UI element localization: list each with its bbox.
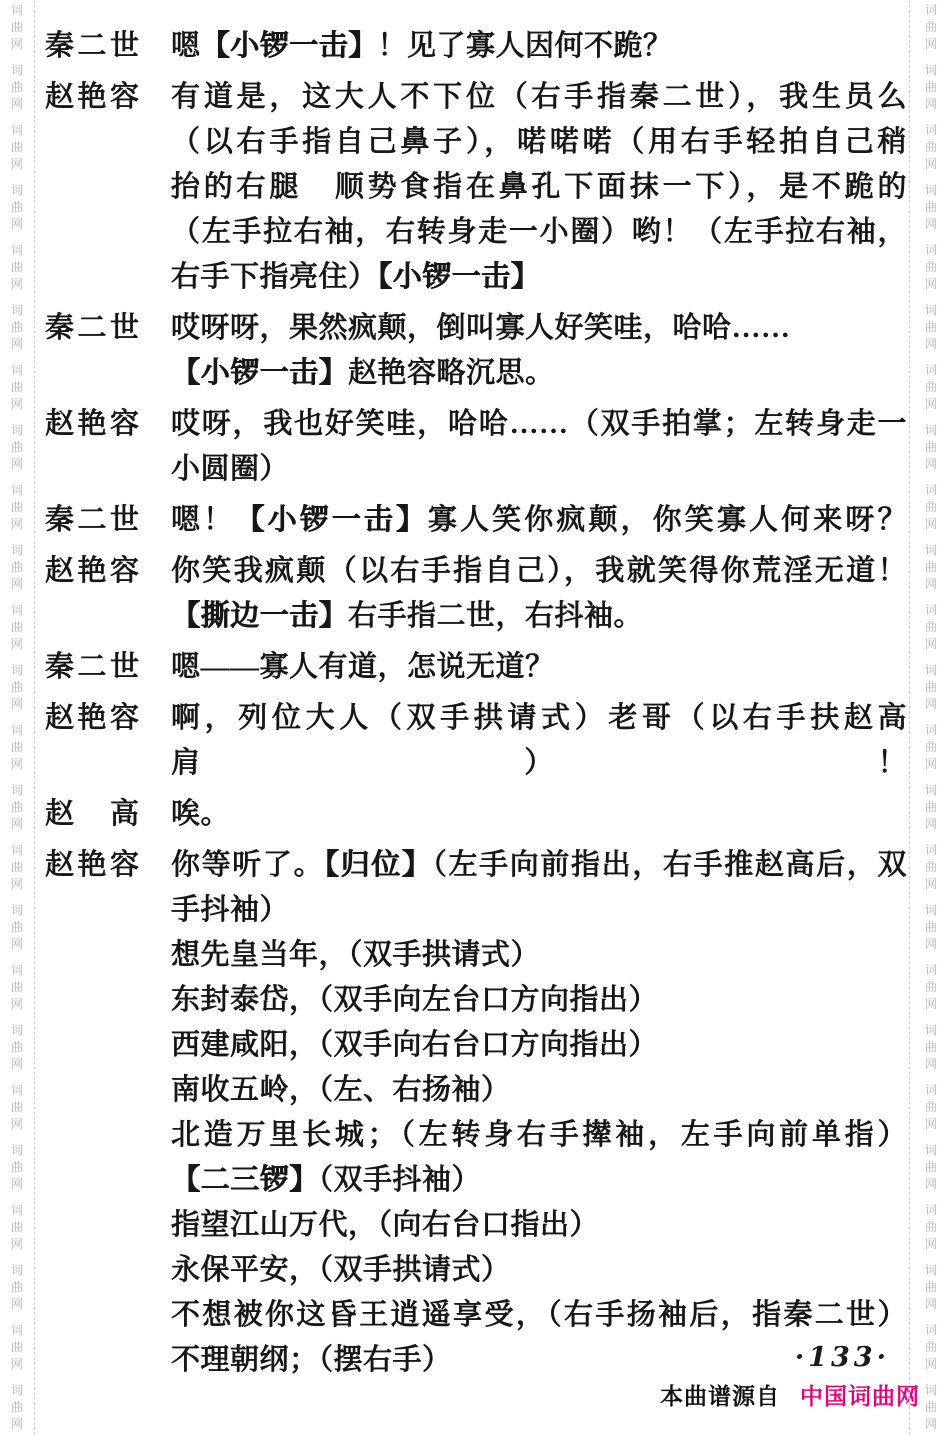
speaker-name bbox=[45, 255, 171, 300]
speaker-name bbox=[45, 1113, 171, 1158]
watermark-char: 词 bbox=[11, 1142, 23, 1159]
speaker-name: 赵艳容 bbox=[45, 696, 171, 786]
watermark-char: 词 bbox=[925, 782, 937, 799]
speaker-name-text: 秦二世 bbox=[45, 645, 139, 690]
watermark-char: 网 bbox=[11, 1056, 23, 1073]
speaker-name: 赵高 bbox=[45, 792, 171, 837]
watermark-char: 词 bbox=[925, 902, 937, 919]
watermark-char: 网 bbox=[11, 156, 23, 173]
dialogue-text: （左手向前指出，右手推赵高后，双 bbox=[432, 849, 907, 881]
watermark-group: 词曲网 bbox=[11, 1082, 23, 1133]
dialogue-text: 有道是，这大人不下位（右手指秦二世），我生员么 bbox=[171, 81, 907, 113]
watermark-char: 网 bbox=[925, 516, 937, 533]
speaker-name-text: 赵艳容 bbox=[45, 75, 139, 120]
dialogue-text: （双手抖袖） bbox=[319, 1164, 482, 1196]
dialogue-text: 手抖袖） bbox=[171, 894, 289, 926]
dialogue-line: 【小锣一击】赵艳容略沉思。 bbox=[171, 351, 907, 396]
speaker-name: 秦二世 bbox=[45, 498, 171, 543]
watermark-char: 词 bbox=[11, 602, 23, 619]
speaker-name bbox=[45, 1023, 171, 1068]
watermark-char: 曲 bbox=[11, 739, 23, 756]
watermark-char: 曲 bbox=[925, 739, 937, 756]
watermark-char: 曲 bbox=[11, 679, 23, 696]
watermark-group: 词曲网 bbox=[925, 962, 937, 1013]
watermark-char: 曲 bbox=[11, 439, 23, 456]
watermark-group: 词曲网 bbox=[925, 1322, 937, 1373]
dialogue-text: 西建咸阳，（双手向右台口方向指出） bbox=[171, 1029, 658, 1061]
watermark-group: 词曲网 bbox=[11, 2, 23, 53]
dialogue-line: 嗯——寡人有道，怎说无道？ bbox=[171, 645, 907, 690]
watermark-group: 词曲网 bbox=[925, 62, 937, 113]
watermark-char: 词 bbox=[925, 182, 937, 199]
watermark-group: 词曲网 bbox=[11, 1202, 23, 1253]
watermark-group: 词曲网 bbox=[11, 1142, 23, 1193]
watermark-group: 词曲网 bbox=[11, 722, 23, 773]
script-line: 赵高唉。 bbox=[45, 792, 907, 837]
watermark-char: 词 bbox=[11, 1262, 23, 1279]
watermark-char: 词 bbox=[925, 1082, 937, 1099]
script-line: 赵艳容啊，列位大人（双手拱请式）老哥（以右手扶赵高肩）！ bbox=[45, 696, 907, 786]
dialogue-text: 你笑我疯颠（以右手指自己），我就笑得你荒淫无道！ bbox=[171, 555, 907, 587]
watermark-char: 网 bbox=[11, 1176, 23, 1193]
dialogue-text: 想先皇当年，（双手拱请式） bbox=[171, 939, 540, 971]
speaker-name-text: 赵艳容 bbox=[45, 402, 139, 447]
watermark-group: 词曲网 bbox=[925, 782, 937, 833]
dialogue-line: 【二三锣】（双手抖袖） bbox=[171, 1158, 907, 1203]
speaker-name bbox=[45, 1338, 171, 1383]
watermark-char: 曲 bbox=[11, 199, 23, 216]
script-text-block: 秦二世嗯【小锣一击】！见了寡人因何不跪？赵艳容有道是，这大人不下位（右手指秦二世… bbox=[45, 18, 907, 1383]
dialogue-text: 哎呀呀，果然疯颠，倒叫寡人好笑哇，哈哈…… bbox=[171, 312, 791, 344]
speaker-name-text: 赵艳容 bbox=[45, 843, 139, 888]
watermark-char: 网 bbox=[11, 96, 23, 113]
watermark-char: 网 bbox=[925, 456, 937, 473]
watermark-char: 词 bbox=[925, 362, 937, 379]
speaker-name bbox=[45, 210, 171, 255]
watermark-char: 网 bbox=[925, 696, 937, 713]
watermark-char: 曲 bbox=[925, 79, 937, 96]
watermark-group: 词曲网 bbox=[11, 782, 23, 833]
watermark-char: 网 bbox=[925, 1236, 937, 1253]
watermark-char: 网 bbox=[925, 876, 937, 893]
watermark-char: 网 bbox=[925, 936, 937, 953]
script-line: （以右手指自己鼻子），喏喏喏（用右手轻拍自己稍 bbox=[45, 120, 907, 165]
dialogue-line: 指望江山万代，（向右台口指出） bbox=[171, 1203, 907, 1248]
dialogue-text: 嗯 bbox=[171, 30, 201, 62]
watermark-char: 网 bbox=[11, 996, 23, 1013]
watermark-group: 词曲网 bbox=[925, 2, 937, 53]
watermark-char: 曲 bbox=[11, 1399, 23, 1416]
watermark-char: 网 bbox=[11, 1356, 23, 1373]
watermark-char: 网 bbox=[11, 756, 23, 773]
watermark-char: 网 bbox=[925, 1176, 937, 1193]
watermark-group: 词曲网 bbox=[925, 482, 937, 533]
watermark-group: 词曲网 bbox=[925, 1082, 937, 1133]
watermark-group: 词曲网 bbox=[11, 1262, 23, 1313]
watermark-char: 曲 bbox=[925, 499, 937, 516]
watermark-char: 网 bbox=[925, 636, 937, 653]
script-line: 东封泰岱，（双手向左台口方向指出） bbox=[45, 978, 907, 1023]
dialogue-line: 西建咸阳，（双手向右台口方向指出） bbox=[171, 1023, 907, 1068]
speaker-name bbox=[45, 978, 171, 1023]
watermark-char: 词 bbox=[11, 1202, 23, 1219]
watermark-char: 曲 bbox=[925, 19, 937, 36]
watermark-char: 网 bbox=[11, 636, 23, 653]
watermark-char: 网 bbox=[925, 96, 937, 113]
script-line: 小圆圈） bbox=[45, 447, 907, 492]
dialogue-line: 永保平安，（双手拱请式） bbox=[171, 1248, 907, 1293]
watermark-char: 曲 bbox=[11, 259, 23, 276]
speaker-name bbox=[45, 1068, 171, 1113]
left-dashed-divider bbox=[34, 0, 35, 1435]
watermark-char: 网 bbox=[11, 336, 23, 353]
watermark-group: 词曲网 bbox=[925, 722, 937, 773]
dialogue-text: 不想被你这昏王逍遥享受，（右手扬袖后，指秦二世） bbox=[171, 1299, 907, 1331]
watermark-group: 词曲网 bbox=[925, 1022, 937, 1073]
speaker-name bbox=[45, 1248, 171, 1293]
watermark-char: 曲 bbox=[11, 379, 23, 396]
watermark-char: 曲 bbox=[11, 979, 23, 996]
watermark-group: 词曲网 bbox=[925, 182, 937, 233]
watermark-char: 词 bbox=[925, 482, 937, 499]
watermark-char: 曲 bbox=[925, 439, 937, 456]
watermark-char: 词 bbox=[925, 1262, 937, 1279]
script-line: 手抖袖） bbox=[45, 888, 907, 933]
dialogue-line: 嗯【小锣一击】！见了寡人因何不跪？ bbox=[171, 24, 907, 69]
dialogue-line: 嗯！【小锣一击】寡人笑你疯颠，你笑寡人何来呀？ bbox=[171, 498, 907, 543]
watermark-group: 词曲网 bbox=[925, 662, 937, 713]
watermark-char: 曲 bbox=[925, 1219, 937, 1236]
dialogue-line: 有道是，这大人不下位（右手指秦二世），我生员么 bbox=[171, 75, 907, 120]
watermark-group: 词曲网 bbox=[925, 602, 937, 653]
watermark-char: 网 bbox=[925, 336, 937, 353]
watermark-char: 词 bbox=[11, 62, 23, 79]
watermark-char: 曲 bbox=[925, 1159, 937, 1176]
watermark-char: 词 bbox=[11, 842, 23, 859]
watermark-char: 网 bbox=[11, 516, 23, 533]
dialogue-text: 东封泰岱，（双手向左台口方向指出） bbox=[171, 984, 658, 1016]
script-line: 永保平安，（双手拱请式） bbox=[45, 1248, 907, 1293]
watermark-char: 网 bbox=[11, 456, 23, 473]
watermark-char: 词 bbox=[925, 242, 937, 259]
watermark-char: 曲 bbox=[925, 1399, 937, 1416]
watermark-char: 网 bbox=[11, 816, 23, 833]
watermark-group: 词曲网 bbox=[11, 482, 23, 533]
watermark-char: 词 bbox=[925, 422, 937, 439]
watermark-char: 曲 bbox=[925, 139, 937, 156]
watermark-char: 曲 bbox=[925, 199, 937, 216]
watermark-group: 词曲网 bbox=[925, 1142, 937, 1193]
dialogue-line: 哎呀呀，果然疯颠，倒叫寡人好笑哇，哈哈…… bbox=[171, 306, 907, 351]
dialogue-text: 嗯——寡人有道，怎说无道？ bbox=[171, 651, 555, 683]
watermark-char: 网 bbox=[925, 276, 937, 293]
speaker-name-text: 秦二世 bbox=[45, 24, 139, 69]
dialogue-line: 想先皇当年，（双手拱请式） bbox=[171, 933, 907, 978]
dialogue-text: 寡人笑你疯颠，你笑寡人何来呀？ bbox=[428, 504, 907, 536]
dialogue-text: 你等听了。 bbox=[171, 849, 324, 881]
watermark-group: 词曲网 bbox=[11, 602, 23, 653]
watermark-char: 曲 bbox=[11, 619, 23, 636]
dialogue-line: 你笑我疯颠（以右手指自己），我就笑得你荒淫无道！ bbox=[171, 549, 907, 594]
script-line: 秦二世嗯【小锣一击】！见了寡人因何不跪？ bbox=[45, 24, 907, 69]
watermark-char: 词 bbox=[11, 362, 23, 379]
watermark-char: 网 bbox=[11, 876, 23, 893]
watermark-char: 网 bbox=[11, 36, 23, 53]
percussion-notation: 【小锣一击】 bbox=[378, 261, 541, 293]
watermark-group: 词曲网 bbox=[925, 1202, 937, 1253]
source-prefix-label: 本曲谱源自 bbox=[660, 1378, 780, 1411]
watermark-group: 词曲网 bbox=[11, 1382, 23, 1433]
watermark-char: 词 bbox=[11, 782, 23, 799]
watermark-char: 网 bbox=[925, 576, 937, 593]
watermark-column-right: 词曲网词曲网词曲网词曲网词曲网词曲网词曲网词曲网词曲网词曲网词曲网词曲网词曲网词… bbox=[917, 2, 945, 1435]
dialogue-text: 啊，列位大人（双手拱请式）老哥（以右手扶赵高肩）！ bbox=[171, 702, 907, 779]
speaker-name bbox=[45, 933, 171, 978]
script-line: 【小锣一击】赵艳容略沉思。 bbox=[45, 351, 907, 396]
watermark-char: 曲 bbox=[925, 1279, 937, 1296]
dialogue-line: 哎呀，我也好笑哇，哈哈……（双手拍掌；左转身走一 bbox=[171, 402, 907, 447]
watermark-char: 网 bbox=[925, 36, 937, 53]
watermark-char: 词 bbox=[11, 902, 23, 919]
watermark-char: 词 bbox=[925, 122, 937, 139]
watermark-char: 曲 bbox=[925, 1339, 937, 1356]
watermark-char: 词 bbox=[925, 302, 937, 319]
dialogue-text: 指望江山万代，（向右台口指出） bbox=[171, 1209, 599, 1241]
percussion-notation: 【小锣一击】 bbox=[201, 30, 378, 62]
speaker-name: 秦二世 bbox=[45, 306, 171, 351]
dialogue-line: 【撕边一击】右手指二世，右抖袖。 bbox=[171, 594, 907, 639]
script-line: 赵艳容你笑我疯颠（以右手指自己），我就笑得你荒淫无道！ bbox=[45, 549, 907, 594]
watermark-group: 词曲网 bbox=[11, 662, 23, 713]
dialogue-text: 哎呀，我也好笑哇，哈哈……（双手拍掌；左转身走一 bbox=[171, 408, 907, 440]
script-line: 西建咸阳，（双手向右台口方向指出） bbox=[45, 1023, 907, 1068]
source-attribution: 本曲谱源自 中国词曲网 bbox=[660, 1378, 920, 1411]
watermark-column-left: 词曲网词曲网词曲网词曲网词曲网词曲网词曲网词曲网词曲网词曲网词曲网词曲网词曲网词… bbox=[3, 2, 31, 1435]
watermark-char: 词 bbox=[11, 422, 23, 439]
percussion-notation: 【小锣一击】 bbox=[171, 357, 348, 389]
watermark-group: 词曲网 bbox=[925, 362, 937, 413]
watermark-char: 词 bbox=[11, 302, 23, 319]
watermark-char: 词 bbox=[11, 1082, 23, 1099]
script-line: 指望江山万代，（向右台口指出） bbox=[45, 1203, 907, 1248]
watermark-group: 词曲网 bbox=[11, 962, 23, 1013]
watermark-char: 曲 bbox=[925, 259, 937, 276]
watermark-char: 词 bbox=[925, 662, 937, 679]
dialogue-text: 右手指二世，右抖袖。 bbox=[348, 600, 643, 632]
script-line: 赵艳容你等听了。【归位】（左手向前指出，右手推赵高后，双 bbox=[45, 843, 907, 888]
watermark-char: 曲 bbox=[11, 1159, 23, 1176]
watermark-char: 词 bbox=[11, 1382, 23, 1399]
dialogue-text: 小圆圈） bbox=[171, 453, 289, 485]
watermark-char: 词 bbox=[925, 2, 937, 19]
script-line: 赵艳容有道是，这大人不下位（右手指秦二世），我生员么 bbox=[45, 75, 907, 120]
watermark-char: 曲 bbox=[11, 499, 23, 516]
watermark-char: 词 bbox=[925, 1022, 937, 1039]
speaker-name: 赵艳容 bbox=[45, 549, 171, 594]
dialogue-line: 小圆圈） bbox=[171, 447, 907, 492]
speaker-name bbox=[45, 120, 171, 165]
speaker-name bbox=[45, 447, 171, 492]
page-number: ·133· bbox=[795, 1342, 890, 1373]
speaker-name bbox=[45, 165, 171, 210]
watermark-char: 曲 bbox=[11, 859, 23, 876]
speaker-name-text: 秦二世 bbox=[45, 498, 139, 543]
watermark-group: 词曲网 bbox=[11, 62, 23, 113]
watermark-char: 曲 bbox=[925, 979, 937, 996]
watermark-group: 词曲网 bbox=[925, 842, 937, 893]
script-line: 右手下指亮住）【小锣一击】 bbox=[45, 255, 907, 300]
script-line: 秦二世嗯——寡人有道，怎说无道？ bbox=[45, 645, 907, 690]
watermark-char: 曲 bbox=[11, 799, 23, 816]
speaker-name-text: 秦二世 bbox=[45, 306, 139, 351]
watermark-char: 网 bbox=[925, 1416, 937, 1433]
watermark-char: 网 bbox=[11, 696, 23, 713]
speaker-name bbox=[45, 1158, 171, 1203]
watermark-char: 网 bbox=[925, 1296, 937, 1313]
watermark-char: 曲 bbox=[925, 799, 937, 816]
speaker-name bbox=[45, 1293, 171, 1338]
dialogue-text: 永保平安，（双手拱请式） bbox=[171, 1254, 511, 1286]
dialogue-text: 北造万里长城；（左转身右手撵袖，左手向前单指） bbox=[171, 1119, 907, 1151]
watermark-char: 词 bbox=[11, 542, 23, 559]
watermark-char: 词 bbox=[11, 662, 23, 679]
watermark-char: 词 bbox=[11, 722, 23, 739]
watermark-char: 词 bbox=[11, 1022, 23, 1039]
speaker-name: 秦二世 bbox=[45, 645, 171, 690]
speaker-name bbox=[45, 1203, 171, 1248]
speaker-name bbox=[45, 594, 171, 639]
dialogue-text: （以右手指自己鼻子），喏喏喏（用右手轻拍自己稍 bbox=[171, 126, 907, 158]
script-line: （左手拉右袖，右转身走一小圈）哟！（左手拉右袖， bbox=[45, 210, 907, 255]
dialogue-line: 唉。 bbox=[171, 792, 907, 837]
watermark-char: 网 bbox=[925, 156, 937, 173]
watermark-char: 网 bbox=[11, 1296, 23, 1313]
watermark-char: 词 bbox=[925, 1382, 937, 1399]
watermark-char: 网 bbox=[11, 396, 23, 413]
watermark-char: 曲 bbox=[11, 19, 23, 36]
dialogue-text: 抬的右腿 顺势食指在鼻孔下面抹一下），是不跪的 bbox=[171, 171, 907, 203]
watermark-char: 曲 bbox=[925, 1039, 937, 1056]
watermark-char: 网 bbox=[11, 276, 23, 293]
watermark-char: 曲 bbox=[11, 1279, 23, 1296]
percussion-notation: 【归位】 bbox=[324, 849, 432, 881]
watermark-char: 曲 bbox=[11, 919, 23, 936]
watermark-char: 网 bbox=[11, 936, 23, 953]
speaker-name-text: 赵艳容 bbox=[45, 549, 139, 594]
watermark-char: 词 bbox=[925, 722, 937, 739]
watermark-char: 曲 bbox=[11, 79, 23, 96]
watermark-char: 曲 bbox=[925, 619, 937, 636]
dialogue-text: 南收五岭，（左、右扬袖） bbox=[171, 1074, 511, 1106]
percussion-notation: 【撕边一击】 bbox=[171, 600, 348, 632]
watermark-group: 词曲网 bbox=[11, 1322, 23, 1373]
script-line: 南收五岭，（左、右扬袖） bbox=[45, 1068, 907, 1113]
watermark-char: 词 bbox=[925, 602, 937, 619]
watermark-char: 网 bbox=[925, 216, 937, 233]
watermark-char: 网 bbox=[925, 396, 937, 413]
speaker-name: 秦二世 bbox=[45, 24, 171, 69]
dialogue-text: 不理朝纲；（摆右手） bbox=[171, 1344, 452, 1376]
watermark-group: 词曲网 bbox=[11, 362, 23, 413]
watermark-char: 网 bbox=[925, 996, 937, 1013]
speaker-name: 赵艳容 bbox=[45, 75, 171, 120]
dialogue-text: 右手下指亮住） bbox=[171, 261, 378, 293]
watermark-char: 网 bbox=[11, 1236, 23, 1253]
watermark-char: 词 bbox=[11, 242, 23, 259]
watermark-group: 词曲网 bbox=[11, 902, 23, 953]
watermark-char: 词 bbox=[925, 962, 937, 979]
watermark-char: 曲 bbox=[925, 679, 937, 696]
speaker-name bbox=[45, 888, 171, 933]
dialogue-line: 东封泰岱，（双手向左台口方向指出） bbox=[171, 978, 907, 1023]
watermark-char: 网 bbox=[11, 1116, 23, 1133]
watermark-group: 词曲网 bbox=[925, 122, 937, 173]
script-line: 不想被你这昏王逍遥享受，（右手扬袖后，指秦二世） bbox=[45, 1293, 907, 1338]
watermark-char: 曲 bbox=[11, 1219, 23, 1236]
watermark-char: 曲 bbox=[925, 859, 937, 876]
watermark-group: 词曲网 bbox=[925, 1262, 937, 1313]
watermark-group: 词曲网 bbox=[925, 902, 937, 953]
watermark-char: 曲 bbox=[11, 1339, 23, 1356]
watermark-char: 词 bbox=[925, 1322, 937, 1339]
watermark-char: 网 bbox=[11, 216, 23, 233]
watermark-char: 词 bbox=[925, 62, 937, 79]
watermark-char: 词 bbox=[925, 1142, 937, 1159]
dialogue-line: （以右手指自己鼻子），喏喏喏（用右手轻拍自己稍 bbox=[171, 120, 907, 165]
scanned-script-page: 词曲网词曲网词曲网词曲网词曲网词曲网词曲网词曲网词曲网词曲网词曲网词曲网词曲网词… bbox=[0, 0, 950, 1435]
script-line: 抬的右腿 顺势食指在鼻孔下面抹一下），是不跪的 bbox=[45, 165, 907, 210]
percussion-notation: 【二三锣】 bbox=[171, 1164, 319, 1196]
watermark-group: 词曲网 bbox=[11, 542, 23, 593]
dialogue-line: 抬的右腿 顺势食指在鼻孔下面抹一下），是不跪的 bbox=[171, 165, 907, 210]
watermark-group: 词曲网 bbox=[11, 182, 23, 233]
watermark-group: 词曲网 bbox=[925, 542, 937, 593]
dialogue-line: 不想被你这昏王逍遥享受，（右手扬袖后，指秦二世） bbox=[171, 1293, 907, 1338]
script-line: 不理朝纲；（摆右手） bbox=[45, 1338, 907, 1383]
script-line: 赵艳容哎呀，我也好笑哇，哈哈……（双手拍掌；左转身走一 bbox=[45, 402, 907, 447]
watermark-char: 曲 bbox=[11, 139, 23, 156]
watermark-group: 词曲网 bbox=[11, 122, 23, 173]
watermark-group: 词曲网 bbox=[11, 1022, 23, 1073]
dialogue-line: 你等听了。【归位】（左手向前指出，右手推赵高后，双 bbox=[171, 843, 907, 888]
dialogue-line: （左手拉右袖，右转身走一小圈）哟！（左手拉右袖， bbox=[171, 210, 907, 255]
speaker-name bbox=[45, 351, 171, 396]
script-line: 北造万里长城；（左转身右手撵袖，左手向前单指） bbox=[45, 1113, 907, 1158]
watermark-char: 曲 bbox=[925, 379, 937, 396]
dialogue-line: 北造万里长城；（左转身右手撵袖，左手向前单指） bbox=[171, 1113, 907, 1158]
watermark-char: 曲 bbox=[11, 1099, 23, 1116]
speaker-name-text: 赵艳容 bbox=[45, 696, 139, 741]
watermark-char: 词 bbox=[11, 2, 23, 19]
watermark-char: 曲 bbox=[925, 319, 937, 336]
watermark-char: 曲 bbox=[925, 919, 937, 936]
watermark-char: 词 bbox=[11, 482, 23, 499]
watermark-char: 词 bbox=[925, 1202, 937, 1219]
watermark-group: 词曲网 bbox=[925, 242, 937, 293]
script-line: 【二三锣】（双手抖袖） bbox=[45, 1158, 907, 1203]
watermark-group: 词曲网 bbox=[11, 302, 23, 353]
dialogue-line: 啊，列位大人（双手拱请式）老哥（以右手扶赵高肩）！ bbox=[171, 696, 907, 786]
dialogue-text: （左手拉右袖，右转身走一小圈）哟！（左手拉右袖， bbox=[171, 216, 907, 248]
watermark-char: 网 bbox=[925, 1056, 937, 1073]
watermark-char: 词 bbox=[11, 962, 23, 979]
watermark-char: 网 bbox=[925, 816, 937, 833]
watermark-char: 词 bbox=[925, 542, 937, 559]
watermark-char: 词 bbox=[11, 122, 23, 139]
watermark-char: 曲 bbox=[11, 1039, 23, 1056]
watermark-group: 词曲网 bbox=[11, 242, 23, 293]
dialogue-line: 右手下指亮住）【小锣一击】 bbox=[171, 255, 907, 300]
